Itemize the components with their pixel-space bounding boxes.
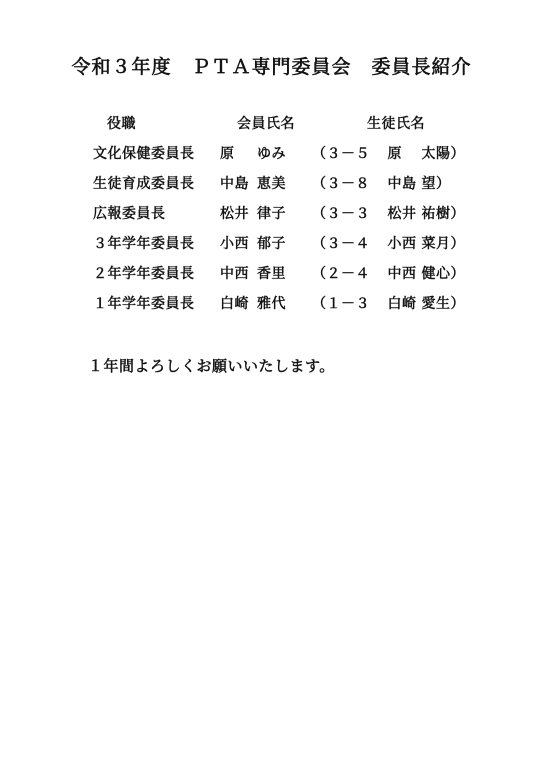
table-header-row: 役職 会員氏名 生徒氏名	[93, 113, 465, 130]
student-given-name: 望	[422, 173, 437, 193]
student-family-name: 白崎	[388, 293, 422, 313]
class-number: ２－４	[327, 263, 388, 283]
document-page: 令和３年度 ＰＴＡ専門委員会 委員長紹介 役職 会員氏名 生徒氏名 文化保健委員…	[0, 0, 543, 768]
member-family-name: 松井	[220, 203, 257, 223]
paren-open: （	[312, 233, 327, 253]
paren-open: （	[312, 203, 327, 223]
class-number: １－３	[327, 293, 388, 313]
table-row: ２年学年委員長 中西 香里 （ ２－４ 中西 健心 ）	[93, 263, 465, 280]
member-given-name: 雅代	[257, 293, 312, 313]
role-cell: ２年学年委員長	[93, 263, 220, 283]
class-number: ３－３	[327, 203, 388, 223]
paren-close: ）	[451, 203, 466, 223]
paren-open: （	[312, 293, 327, 313]
student-given-name: 太陽	[422, 143, 451, 163]
role-cell: 文化保健委員長	[93, 143, 220, 163]
table-row: 生徒育成委員長 中島 恵美 （ ３－８ 中島 望 ）	[93, 173, 465, 190]
class-number: ３－５	[327, 143, 388, 163]
paren-open: （	[312, 173, 327, 193]
member-given-name: 恵美	[257, 173, 312, 193]
role-cell: 生徒育成委員長	[93, 173, 220, 193]
paren-close: ）	[436, 173, 451, 193]
class-number: ３－４	[327, 233, 388, 253]
paren-open: （	[312, 143, 327, 163]
member-given-name: 郁子	[257, 233, 312, 253]
member-given-name: ゆみ	[257, 143, 312, 163]
student-family-name: 松井	[388, 203, 422, 223]
table-row: 文化保健委員長 原 ゆみ （ ３－５ 原 太陽 ）	[93, 143, 465, 160]
page-title: 令和３年度 ＰＴＡ専門委員会 委員長紹介	[0, 52, 543, 79]
student-family-name: 原	[388, 143, 422, 163]
table-row: １年学年委員長 白崎 雅代 （ １－３ 白崎 愛生 ）	[93, 293, 465, 310]
student-given-name: 祐樹	[422, 203, 451, 223]
header-member-name: 会員氏名	[220, 113, 312, 133]
header-role: 役職	[93, 113, 220, 133]
closing-message: １年間よろしくお願いいたします。	[88, 355, 335, 376]
member-given-name: 律子	[257, 203, 312, 223]
class-number: ３－８	[327, 173, 388, 193]
student-family-name: 小西	[388, 233, 422, 253]
table-row: ３年学年委員長 小西 郁子 （ ３－４ 小西 菜月 ）	[93, 233, 465, 250]
paren-close: ）	[451, 233, 466, 253]
paren-open: （	[312, 263, 327, 283]
member-family-name: 原	[220, 143, 257, 163]
committee-table: 役職 会員氏名 生徒氏名 文化保健委員長 原 ゆみ （ ３－５ 原 太陽 ） 生…	[93, 113, 465, 323]
paren-close: ）	[451, 143, 466, 163]
paren-close: ）	[451, 263, 466, 283]
member-family-name: 白崎	[220, 293, 257, 313]
student-given-name: 健心	[422, 263, 451, 283]
table-row: 広報委員長 松井 律子 （ ３－３ 松井 祐樹 ）	[93, 203, 465, 220]
member-family-name: 中島	[220, 173, 257, 193]
student-family-name: 中島	[388, 173, 422, 193]
paren-close: ）	[451, 293, 466, 313]
member-family-name: 小西	[220, 233, 257, 253]
role-cell: １年学年委員長	[93, 293, 220, 313]
student-family-name: 中西	[388, 263, 422, 283]
student-given-name: 愛生	[422, 293, 451, 313]
member-given-name: 香里	[257, 263, 312, 283]
student-given-name: 菜月	[422, 233, 451, 253]
header-student-name: 生徒氏名	[312, 113, 425, 133]
role-cell: ３年学年委員長	[93, 233, 220, 253]
role-cell: 広報委員長	[93, 203, 220, 223]
member-family-name: 中西	[220, 263, 257, 283]
